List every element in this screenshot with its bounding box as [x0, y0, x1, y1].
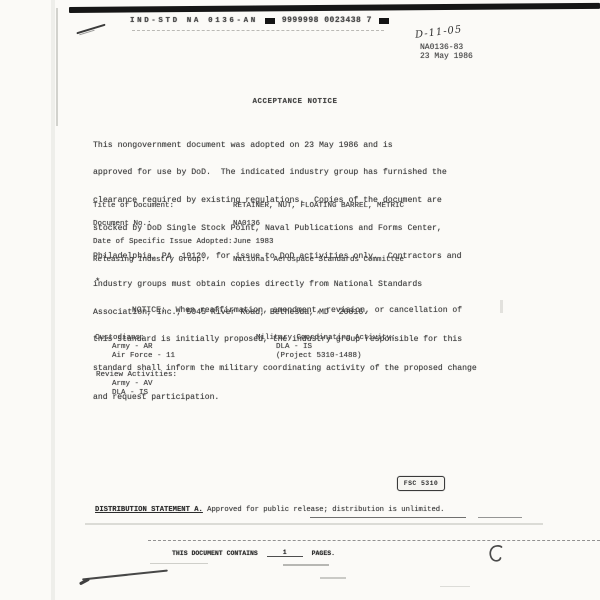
scan-header-row: IND-STD NA 0136-AN 9999998 0023438 7 [130, 16, 396, 25]
mca-item: DLA - IS [276, 343, 312, 352]
dashed-separator [148, 540, 600, 541]
fsc-badge: FSC 5310 [397, 476, 445, 491]
page-count-blank: 1 [267, 549, 303, 557]
review-item: Army - AV [112, 380, 153, 389]
footer-contains-suffix: PAGES. [308, 550, 335, 557]
mca-item: (Project 5310-1488) [276, 352, 362, 361]
footer-contains-prefix: THIS DOCUMENT CONTAINS [172, 550, 262, 557]
distribution-statement: DISTRIBUTION STATEMENT A. Approved for p… [95, 506, 444, 515]
distribution-statement-label: DISTRIBUTION STATEMENT A. [95, 506, 203, 514]
review-item: DLA - IS [112, 389, 148, 398]
review-activities-heading: Review Activities: [96, 371, 177, 380]
scan-header-digits: 9999998 0023438 7 [282, 16, 372, 25]
notice-line: NOTICE: When reaffirmation, amendment, r… [93, 306, 477, 316]
separator-rule [85, 523, 543, 525]
pen-stroke-bottom-left-tail [79, 578, 90, 586]
page-left-edge-shade [51, 0, 55, 600]
custodians-heading: Custodians: [95, 334, 145, 343]
field-value-industry-group: National Aerospace Standards Committee [233, 256, 404, 265]
intro-line: This nongovernment document was adopted … [93, 141, 462, 150]
field-label-issue-date: Date of Specific Issue Adopted: [93, 238, 233, 247]
field-label-title: Title of Document: [93, 202, 174, 211]
custodian-item: Army - AR [112, 343, 153, 352]
handwritten-note: D-11-05 [415, 24, 463, 41]
scan-smudge [283, 564, 329, 566]
scan-smudge [150, 563, 208, 564]
field-value-docno: NA0136 [233, 220, 260, 229]
scan-smudge [320, 577, 346, 579]
mca-heading: Military Coordinating Activity: [256, 334, 396, 343]
scan-header-code: IND-STD NA 0136-AN [130, 17, 258, 25]
distribution-underline [310, 517, 466, 518]
intro-line: approved for use by DoD. The indicated i… [93, 168, 462, 177]
barcode-block-icon [379, 18, 389, 24]
distribution-statement-text: Approved for public release; distributio… [203, 506, 445, 514]
distribution-underline-2 [478, 517, 522, 518]
barcode-block-icon [265, 18, 275, 24]
field-value-title: RETAINER, NUT, FLOATING BARREL, METRIC [233, 202, 404, 211]
document-date: 23 May 1986 [420, 52, 473, 61]
pen-stroke-bottom-left [82, 570, 168, 581]
page-title: ACCEPTANCE NOTICE [95, 98, 495, 107]
scanned-document-page: IND-STD NA 0136-AN 9999998 0023438 7 D-1… [0, 0, 600, 600]
scan-smudge [500, 300, 503, 313]
notice-asterisk: * [95, 278, 100, 287]
scan-smudge [440, 586, 470, 587]
field-value-issue-date: June 1983 [233, 238, 274, 247]
footer-contains-line: THIS DOCUMENT CONTAINS 1 PAGES. [172, 549, 335, 557]
field-label-industry-group: Releasing Industry Group: [93, 256, 206, 265]
pen-curl-mark [488, 544, 504, 564]
page-left-edge-line [56, 8, 58, 126]
field-label-docno: Document No.: [93, 220, 152, 229]
custodian-item: Air Force - 11 [112, 352, 175, 361]
scan-header-underline [132, 30, 384, 31]
notice-line: and request participation. [93, 393, 477, 403]
scan-top-black-bar [69, 3, 600, 13]
document-number: NA0136-83 [420, 43, 463, 52]
